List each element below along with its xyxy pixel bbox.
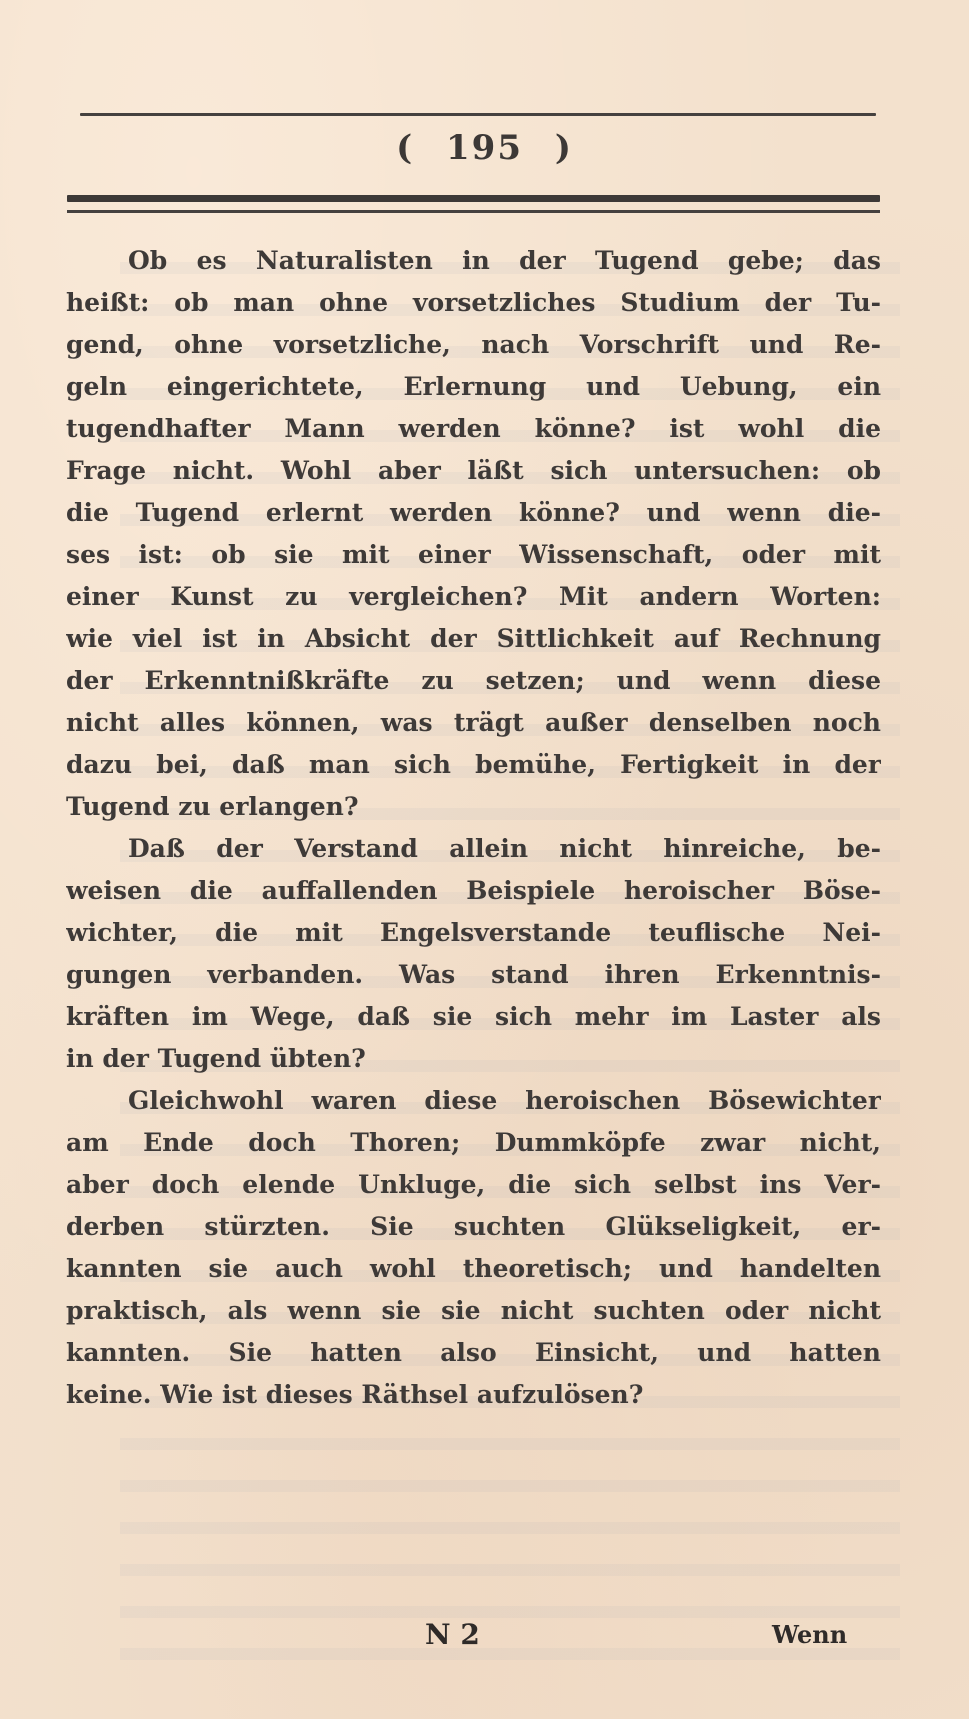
text-line: Gleichwohl waren diese heroischen Bösewi… — [66, 1080, 881, 1122]
page-number-header: ( 195 ) — [0, 128, 969, 168]
text-line: kräften im Wege, daß sie sich mehr im La… — [66, 996, 881, 1038]
text-line: tugendhafter Mann werden könne? ist wohl… — [66, 408, 881, 450]
text-line: Ob es Naturalisten in der Tugend gebe; d… — [66, 240, 881, 282]
text-line: am Ende doch Thoren; Dummköpfe zwar nich… — [66, 1122, 881, 1164]
page-number-open-paren: ( — [396, 128, 414, 168]
body-text: Ob es Naturalisten in der Tugend gebe; d… — [66, 240, 881, 1416]
text-line: geln eingerichtete, Erlernung und Uebung… — [66, 366, 881, 408]
text-line: wichter, die mit Engelsverstande teuflis… — [66, 912, 881, 954]
text-line: praktisch, als wenn sie sie nicht suchte… — [66, 1290, 881, 1332]
text-line: aber doch elende Unkluge, die sich selbs… — [66, 1164, 881, 1206]
paragraph-1: Ob es Naturalisten in der Tugend gebe; d… — [66, 240, 881, 828]
paragraph-3: Gleichwohl waren diese heroischen Bösewi… — [66, 1080, 881, 1416]
header-top-rule — [80, 113, 876, 116]
text-line: weisen die auffallenden Beispiele herois… — [66, 870, 881, 912]
text-line: Daß der Verstand allein nicht hinreiche,… — [66, 828, 881, 870]
header-double-rule-thin — [67, 210, 880, 213]
book-page: ( 195 ) Ob es Naturalisten in der Tugend… — [0, 0, 969, 1719]
text-line: dazu bei, daß man sich bemühe, Fertigkei… — [66, 744, 881, 786]
text-line: wie viel ist in Absicht der Sittlichkeit… — [66, 618, 881, 660]
catchword: Wenn — [772, 1620, 847, 1649]
page-number: 195 — [446, 128, 523, 168]
text-line: nicht alles können, was trägt außer dens… — [66, 702, 881, 744]
text-line: kannten sie auch wohl theoretisch; und h… — [66, 1248, 881, 1290]
text-line: kannten. Sie hatten also Einsicht, und h… — [66, 1332, 881, 1374]
paragraph-2: Daß der Verstand allein nicht hinreiche,… — [66, 828, 881, 1080]
text-line: heißt: ob man ohne vorsetzliches Studium… — [66, 282, 881, 324]
text-line: gungen verbanden. Was stand ihren Erkenn… — [66, 954, 881, 996]
page-number-close-paren: ) — [555, 128, 573, 168]
signature-mark: N 2 — [425, 1618, 480, 1651]
text-line: derben stürzten. Sie suchten Glükseligke… — [66, 1206, 881, 1248]
text-line: Tugend zu erlangen? — [66, 786, 881, 828]
text-line: in der Tugend übten? — [66, 1038, 881, 1080]
text-line: der Erkenntnißkräfte zu setzen; und wenn… — [66, 660, 881, 702]
text-line: einer Kunst zu vergleichen? Mit andern W… — [66, 576, 881, 618]
text-line: die Tugend erlernt werden könne? und wen… — [66, 492, 881, 534]
text-line: ses ist: ob sie mit einer Wissenschaft, … — [66, 534, 881, 576]
text-line: keine. Wie ist dieses Räthsel aufzulösen… — [66, 1374, 881, 1416]
footer-line: N 2 Wenn — [0, 1618, 969, 1658]
text-line: Frage nicht. Wohl aber läßt sich untersu… — [66, 450, 881, 492]
text-line: gend, ohne vorsetzliche, nach Vorschrift… — [66, 324, 881, 366]
header-double-rule-thick — [67, 195, 880, 202]
